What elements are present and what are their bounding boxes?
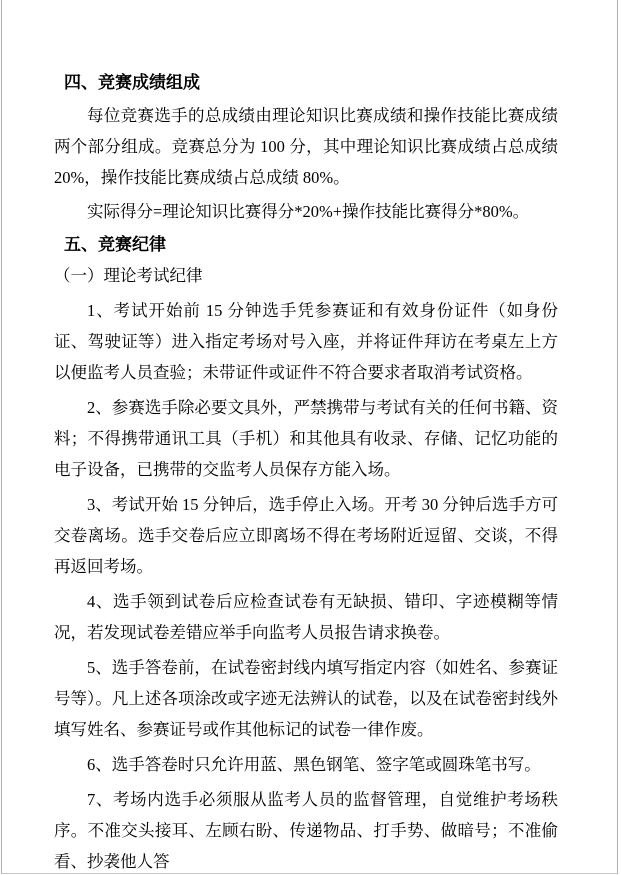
rule-item-3: 3、考试开始 15 分钟后，选手停止入场。开考 30 分钟后选手方可交卷离场。选… (54, 489, 558, 582)
section-heading-4: 四、竞赛成绩组成 (64, 67, 558, 98)
rule-item-6: 6、选手答卷时只允许用蓝、黑色钢笔、签字笔或圆珠笔书写。 (54, 749, 558, 780)
document-content: 四、竞赛成绩组成 每位竞赛选手的总成绩由理论知识比赛成绩和操作技能比赛成绩两个部… (2, 0, 617, 875)
rule-item-7: 7、考场内选手必须服从监考人员的监督管理，自觉维护考场秩序。不准交头接耳、左顾右… (54, 784, 558, 875)
rule-item-5: 5、选手答卷前，在试卷密封线内填写指定内容（如姓名、参赛证号等）。凡上述各项涂改… (54, 652, 558, 745)
paragraph-score-formula: 实际得分=理论知识比赛得分*20%+操作技能比赛得分*80%。 (54, 196, 558, 227)
rule-item-1: 1、考试开始前 15 分钟选手凭参赛证和有效身份证件（如身份证、驾驶证等）进入指… (54, 295, 558, 388)
rule-item-2: 2、参赛选手除必要文具外，严禁携带与考试有关的任何书籍、资料；不得携带通讯工具（… (54, 392, 558, 485)
rule-item-4: 4、选手领到试卷后应检查试卷有无缺损、错印、字迹模糊等情况，若发现试卷差错应举手… (54, 586, 558, 648)
subheading-theory-exam-discipline: （一）理论考试纪律 (54, 260, 558, 291)
section-heading-5: 五、竞赛纪律 (64, 229, 558, 260)
document-page: 四、竞赛成绩组成 每位竞赛选手的总成绩由理论知识比赛成绩和操作技能比赛成绩两个部… (1, 0, 618, 874)
paragraph-score-composition: 每位竞赛选手的总成绩由理论知识比赛成绩和操作技能比赛成绩两个部分组成。竞赛总分为… (54, 100, 558, 193)
